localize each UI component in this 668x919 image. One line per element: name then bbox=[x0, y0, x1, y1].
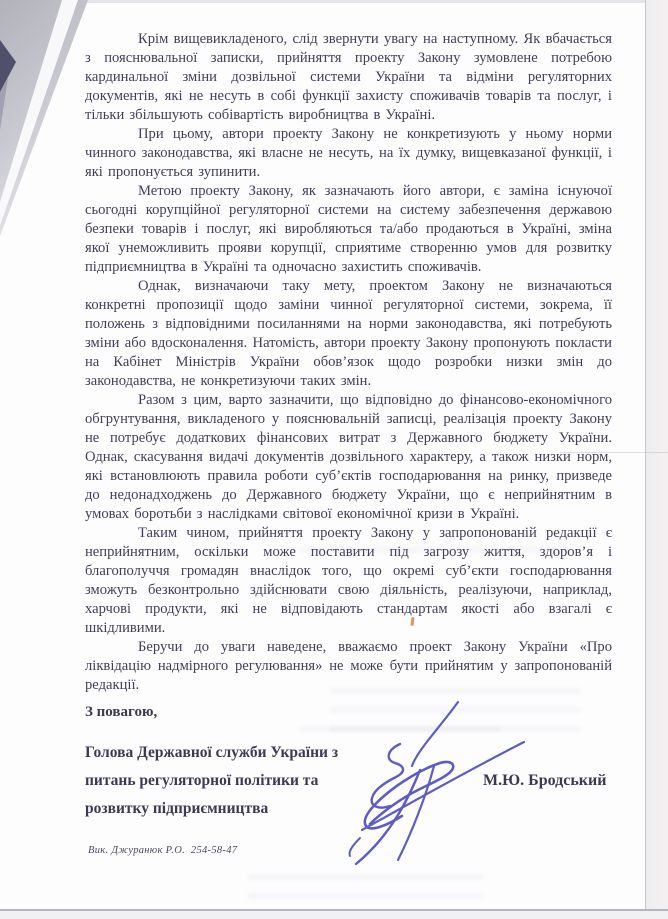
signer-title-line: питань регуляторної політики та bbox=[85, 767, 338, 795]
executor-note: Вик. Джуранюк Р.О. 254-58-47 bbox=[88, 845, 237, 856]
page-corner-fold bbox=[0, 0, 96, 240]
signer-title: Голова Державної служби України з питань… bbox=[85, 739, 338, 823]
bleedthrough-ghost bbox=[248, 874, 483, 904]
scan-right-edge bbox=[645, 0, 668, 919]
body-paragraph: Разом з цим, варто зазначити, що відпові… bbox=[85, 391, 612, 524]
scan-bottom-edge bbox=[0, 909, 668, 919]
body-paragraph: Крім вищевикладеного, слід звернути уваг… bbox=[85, 30, 612, 125]
scan-top-edge bbox=[0, 0, 668, 3]
signer-name: М.Ю. Бродський bbox=[483, 772, 606, 790]
body-paragraph: Однак, визначаючи таку мету, проектом За… bbox=[85, 277, 612, 391]
signer-title-line: Голова Державної служби України з bbox=[85, 739, 338, 767]
body-paragraph: При цьому, автори проекту Закону не конк… bbox=[85, 125, 612, 182]
body-paragraph: Таким чином, прийняття проекту Закону у … bbox=[85, 524, 612, 638]
signer-title-line: розвитку підприємництва bbox=[85, 795, 338, 823]
closing-salutation: З повагою, bbox=[85, 704, 157, 721]
scanned-letter-page: Крім вищевикладеного, слід звернути уваг… bbox=[0, 0, 668, 919]
body-paragraph: Метою проекту Закону, як зазначають його… bbox=[85, 182, 612, 277]
body-paragraph: Беручи до уваги наведене, вважаємо проек… bbox=[85, 638, 612, 695]
letter-body: Крім вищевикладеного, слід звернути уваг… bbox=[85, 30, 612, 695]
